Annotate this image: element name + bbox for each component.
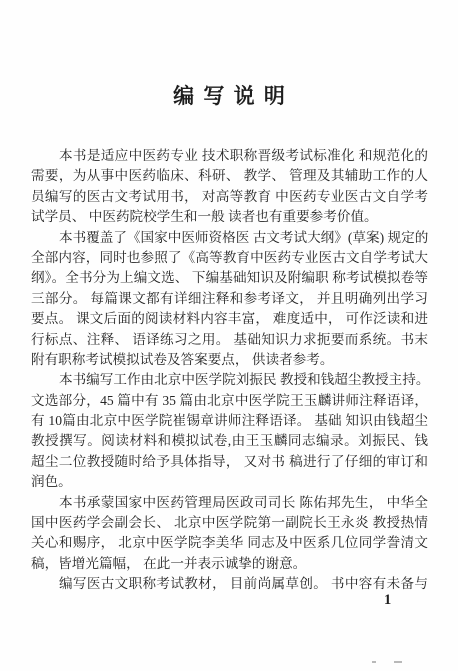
text-line: 行标点、注释、 语译练习之用。 基础知识力求扼要而系统。书末: [31, 330, 428, 350]
paragraph-4: 本书承蒙国家中医药管理局医政司司长 陈佑邦先生， 中华全 国中医药学会副会长、 …: [31, 493, 428, 575]
text-line: 有 10篇由北京中医学院崔锡章讲师注释语译。 基础 知识由钱超尘: [31, 411, 428, 431]
text-line: 教授撰写。阅读材料和模拟试卷,由王玉麟同志编录。刘振民、钱: [31, 431, 428, 451]
text-line: 稿，皆增光篇幅， 在此一并表示诚挚的谢意。: [31, 554, 428, 574]
text-line: 润色。: [31, 472, 428, 492]
paragraph-1: 本书是适应中医药专业 技术职称晋级考试标准化 和规范化的 需要，为从事中医药临床…: [31, 146, 428, 228]
paragraph-2: 本书覆盖了《国家中医师资格医 古文考试大纲》(草案) 规定的 全部内容，同时也参…: [31, 228, 428, 371]
paragraph-3: 本书编写工作由北京中医学院刘振民 教授和钱超尘教授主持。 文选部分，45 篇中有…: [31, 370, 428, 492]
text-line: 员编写的医古文考试用书， 对高等教育 中医药专业医古文自学考: [31, 187, 428, 207]
page-title: 编 写 说 明: [0, 80, 458, 110]
scan-artifact: [394, 661, 402, 663]
page-body: 本书是适应中医药专业 技术职称晋级考试标准化 和规范化的 需要，为从事中医药临床…: [31, 146, 428, 595]
text-line: 全部内容，同时也参照了《高等教育中医药专业医古文自学考试大: [31, 248, 428, 268]
text-line: 关心和赐序， 北京中医学院李美华 同志及中医系几位同学誊清文: [31, 533, 428, 553]
text-line: 国中医药学会副会长、 北京中医学院第一副院长王永炎 教授热情: [31, 513, 428, 533]
text-line: 超尘二位教授随时给予具体指导， 又对书 稿进行了仔细的审订和: [31, 452, 428, 472]
text-line: 三部分。 每篇课文都有详细注释和参考译文， 并且明确列出学习: [31, 289, 428, 309]
text-line: 本书承蒙国家中医药管理局医政司司长 陈佑邦先生， 中华全: [31, 493, 428, 513]
book-page: 编 写 说 明 本书是适应中医药专业 技术职称晋级考试标准化 和规范化的 需要，…: [0, 0, 458, 671]
text-line: 本书编写工作由北京中医学院刘振民 教授和钱超尘教授主持。: [31, 370, 428, 390]
paragraph-5: 编写医古文职称考试教材， 目前尚属草创。 书中容有未备与: [31, 574, 428, 594]
text-line: 需要，为从事中医药临床、科研、 教学、 管理及其辅助工作的人: [31, 166, 428, 186]
text-line: 要点。 课文后面的阅读材料内容丰富， 难度适中， 可作泛读和进: [31, 309, 428, 329]
text-line: 试学员、 中医药院校学生和一般 读者也有重要参考价值。: [31, 207, 428, 227]
text-line: 文选部分，45 篇中有 35 篇由北京中医学院王玉麟讲师注释语译，: [31, 391, 428, 411]
page-number: 1: [384, 592, 391, 609]
text-line: 本书是适应中医药专业 技术职称晋级考试标准化 和规范化的: [31, 146, 428, 166]
scan-artifact: [372, 661, 376, 663]
text-line: 附有职称考试模拟试卷及答案要点， 供读者参考。: [31, 350, 428, 370]
text-line: 纲》。全书分为上编文选、 下编基础知识及附编职 称考试模拟卷等: [31, 268, 428, 288]
text-line: 编写医古文职称考试教材， 目前尚属草创。 书中容有未备与: [31, 574, 428, 594]
text-line: 本书覆盖了《国家中医师资格医 古文考试大纲》(草案) 规定的: [31, 228, 428, 248]
